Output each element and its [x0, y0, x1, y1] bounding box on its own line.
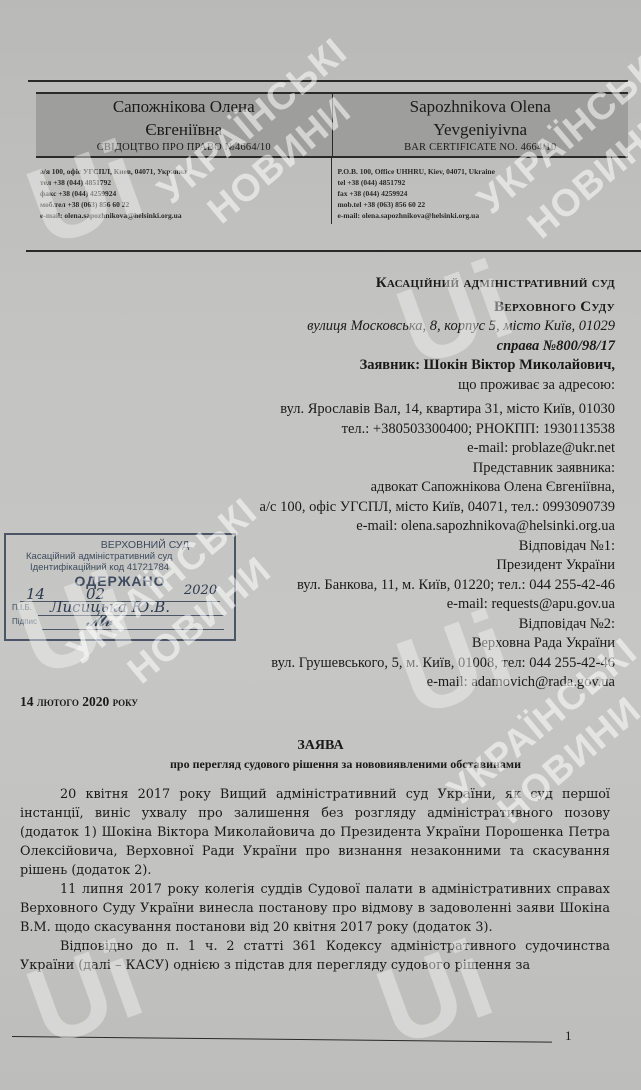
document-subtitle: про перегляд судового рішення за нововия…	[0, 757, 641, 772]
applicant-phone: тел.: +380503300400; РНОКПП: 1930113538	[155, 420, 615, 440]
document-date: 14 лютого 2020 року	[20, 694, 138, 710]
paragraph: Відповідно до п. 1 ч. 2 статті 361 Кодек…	[20, 937, 610, 975]
contacts-ua: а/я 100, офіс УГСПЛ, Киев, 04071, Украин…	[36, 158, 331, 224]
contact-line: P.O.B. 100, Office UHHRU, Kiev, 04071, U…	[338, 166, 629, 177]
stamp-line1: ВЕРХОВНИЙ СУД	[6, 539, 234, 551]
stamp-name-row: П.І.Б. Лисицька Ю.В.	[6, 603, 234, 617]
contact-line: факс +38 (044) 4259924	[40, 188, 331, 199]
contact-line: tel +38 (044) 4851792	[338, 177, 629, 188]
lawyer-name-en-1: Sapozhnikova Olena	[333, 96, 629, 117]
applicant-email: e-mail: problaze@ukr.net	[155, 439, 615, 459]
court-name-2: Верховного Суду	[215, 298, 615, 318]
received-stamp: ВЕРХОВНИЙ СУД Касаційний адміністративни…	[4, 533, 236, 641]
representative-address: а/с 100, офіс УГСПЛ, місто Київ, 04071, …	[155, 498, 615, 518]
respondent2-email: e-mail: adamovich@rada.gov.ua	[155, 673, 615, 693]
letterhead-left: Сапожнікова Олена Євгеніївна СВІДОЦТВО П…	[36, 94, 332, 156]
contact-line: моб.тел +38 (063) 856 60 22	[40, 199, 331, 210]
contacts-en: P.O.B. 100, Office UHHRU, Kiev, 04071, U…	[331, 158, 629, 224]
paragraph: 11 липня 2017 року колегія суддів Судово…	[20, 880, 610, 937]
letterhead-bottom-rule	[26, 250, 641, 252]
contact-line: а/я 100, офіс УГСПЛ, Киев, 04071, Украин…	[40, 166, 331, 177]
letterhead-contacts: а/я 100, офіс УГСПЛ, Киев, 04071, Украин…	[36, 158, 628, 224]
certificate-en: BAR CERTIFICATE NO. 4664/10	[333, 142, 629, 153]
applicant-address: вул. Ярославів Вал, 14, квартира 31, міс…	[155, 400, 615, 420]
page-number: 1	[565, 1028, 572, 1044]
document-title: ЗАЯВА	[0, 738, 641, 754]
stamp-line2: Касаційний адміністративний суд	[6, 551, 234, 562]
court-name-1: Касаційний адміністративний суд	[215, 274, 615, 294]
letterhead: Сапожнікова Олена Євгеніївна СВІДОЦТВО П…	[36, 92, 628, 224]
contact-line: тел +38 (044) 4851792	[40, 177, 331, 188]
stamp-name-label: П.І.Б.	[12, 603, 32, 612]
contact-line: mob.tel +38 (063) 856 60 22	[338, 199, 629, 210]
stamp-year: 2020	[184, 583, 217, 598]
letterhead-right: Sapozhnikova Olena Yevgeniyivna BAR CERT…	[332, 94, 629, 156]
top-rule	[28, 80, 628, 82]
applicant-label: Заявник: Шокін Віктор Миколайович,	[215, 356, 615, 376]
lawyer-name-en-2: Yevgeniyivna	[333, 119, 629, 140]
stamp-signature-row: Підпис 𝓜𝓿	[6, 617, 234, 631]
stamp-line3: Ідентифікаційний код 41721784	[6, 562, 234, 573]
court-block: Касаційний адміністративний суд Верховно…	[215, 274, 615, 395]
lawyer-name-ua-1: Сапожнікова Олена	[36, 96, 332, 117]
letterhead-band: Сапожнікова Олена Євгеніївна СВІДОЦТВО П…	[36, 92, 628, 158]
stamp-signature: 𝓜𝓿	[86, 611, 113, 631]
representative-label: Представник заявника:	[155, 459, 615, 479]
lawyer-name-ua-2: Євгеніївна	[36, 119, 332, 140]
case-number: справа №800/98/17	[215, 337, 615, 357]
document-page: Сапожнікова Олена Євгеніївна СВІДОЦТВО П…	[0, 0, 641, 1090]
contact-email: e-mail: olena.sapozhnikova@helsinki.org.…	[338, 210, 629, 221]
respondent2-address: вул. Грушевського, 5, м. Київ, 01008, те…	[155, 654, 615, 674]
applicant-residence-label: що проживає за адресою:	[215, 376, 615, 396]
document-body: 20 квітня 2017 року Вищий адміністративн…	[20, 785, 610, 975]
paragraph: 20 квітня 2017 року Вищий адміністративн…	[20, 785, 610, 880]
contact-email: e-mail: olena.sapozhnikova@helsinki.org.…	[40, 210, 331, 221]
certificate-ua: СВІДОЦТВО ПРО ПРАВО №4664/10	[36, 142, 332, 153]
representative-name: адвокат Сапожнікова Олена Євгеніївна,	[155, 478, 615, 498]
footer-rule	[12, 1036, 552, 1043]
court-address: вулиця Московська, 8, корпус 5, місто Ки…	[215, 317, 615, 337]
stamp-signature-label: Підпис	[12, 617, 37, 626]
contact-line: fax +38 (044) 4259924	[338, 188, 629, 199]
